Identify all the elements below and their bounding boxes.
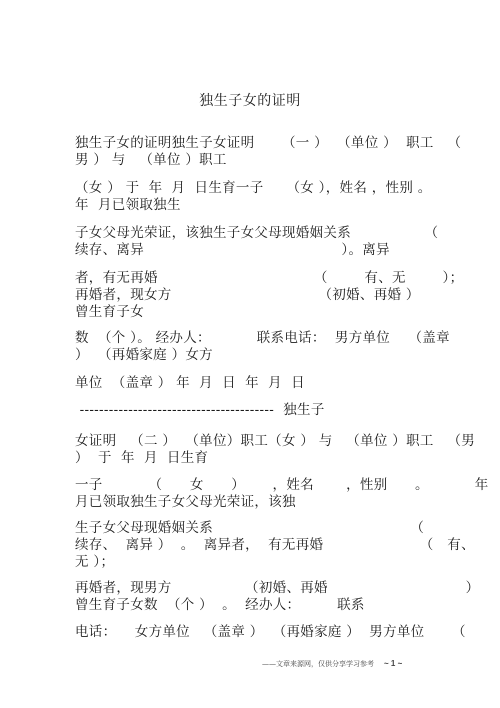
separator-line: ----------------------------------------… xyxy=(75,402,325,419)
text-line: 月已领取独生子女父母光荣证，该独 xyxy=(75,494,296,511)
text-line: 再婚者，现女方 （初婚、再婚 ） xyxy=(75,287,420,304)
text-line: 独生子女的证明独生子女证明 （一 ） （单位 ） 职工 （ xyxy=(75,135,461,152)
text-line: 男 ） 与 （单位 ）职工 xyxy=(75,152,227,169)
text-line: ） 于 年 月 日生育 xyxy=(75,450,208,467)
page-number: ~ 1 ~ xyxy=(384,659,402,668)
text-line: 续存、离异 ）。离异 xyxy=(75,242,390,259)
document-title: 独生子女的证明 xyxy=(0,90,500,110)
text-line: 续存、 离异 ） 。 离异者， 有无再婚 （ 有、 xyxy=(75,537,475,554)
text-line: 子女父母光荣证，该独生子女父母现婚姻关系 （ xyxy=(75,225,438,242)
text-line: 单位 （盖章 ） 年 月 日 年 月 日 xyxy=(75,375,305,392)
text-line: 电话： 女方单位 （盖章 ） （再婚家庭 ） 男方单位 （ xyxy=(75,624,466,641)
text-line: 者，有无再婚 （ 有、无 ）； xyxy=(75,270,463,287)
text-line: （女 ） 于 年 月 日生育一子 （女 ），姓名 ，性别 。 xyxy=(75,180,432,197)
text-line: 女证明 （二 ） （单位）职工（女 ） 与 （单位 ）职工 （男 xyxy=(75,433,475,450)
text-line: 曾生育子女数 （个 ） 。 经办人： 联系 xyxy=(75,597,365,614)
text-line: ） （再婚家庭 ）女方 xyxy=(75,347,213,364)
text-line: 无 ）； xyxy=(75,554,114,571)
text-line: 再婚者，现男方 （初婚、再婚 ） xyxy=(75,580,479,597)
text-line: 数 （个 ）。 经办人： 联系电话： 男方单位 （盖章 xyxy=(75,330,450,347)
page-footer: ——文章来源网，仅供分享学习参考~ 1 ~ xyxy=(262,659,402,669)
text-line: 曾生育子女 xyxy=(75,304,144,321)
source-note: ——文章来源网，仅供分享学习参考 xyxy=(262,660,374,668)
text-line: 生子女父母现婚姻关系 （ xyxy=(75,520,424,537)
text-line: 年 月已领取独生 xyxy=(75,197,181,214)
text-line: 一子 （ 女 ） ，姓名 ，性别 。 年 xyxy=(75,477,489,494)
